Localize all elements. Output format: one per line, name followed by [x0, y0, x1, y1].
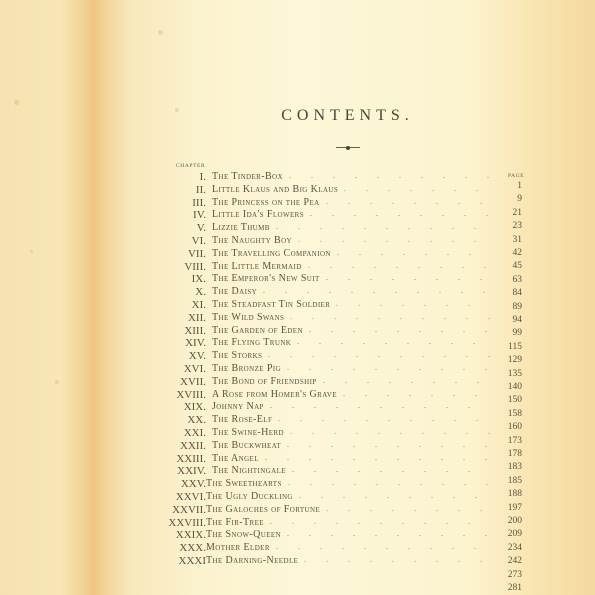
page-number: 281: [470, 583, 522, 593]
chapter-title: The Travelling Companion: [212, 248, 331, 259]
dot-leader: . . . . . . . . . . .: [288, 478, 490, 487]
chapter-title: The Galoches of Fortune: [206, 504, 320, 515]
page-number: 63: [470, 275, 522, 285]
dot-leader: . . . . . . . . . . .: [308, 261, 490, 270]
page-number: 234: [470, 543, 522, 553]
dot-leader: . . . . . . . . . . .: [290, 312, 490, 321]
page-number: 273: [470, 570, 522, 580]
dot-leader: . . . . . . . . . . .: [287, 363, 490, 372]
dot-leader: . . . . . . . . . . .: [276, 542, 490, 551]
chapter-number: XXVIII.: [146, 517, 206, 529]
chapter-title: The Buckwheat: [212, 440, 281, 451]
chapter-number: XIX.: [146, 401, 206, 413]
chapter-title: The Princess on the Pea: [212, 197, 320, 208]
foxing-spot: [158, 30, 163, 35]
chapter-number: I.: [146, 171, 206, 183]
dot-leader: . . . . . . . . . . .: [287, 440, 490, 449]
chapter-title: The Bond of Friendship: [212, 376, 317, 387]
chapter-number: XXIX.: [146, 529, 206, 541]
page-number: 160: [470, 422, 522, 432]
chapter-number: XXX.: [146, 542, 206, 554]
chapter-title: The Ugly Duckling: [206, 491, 293, 502]
chapter-number: XVI.: [146, 363, 206, 375]
chapter-number: XXVI.: [146, 491, 206, 503]
chapter-title: The Emperor's New Suit: [212, 273, 320, 284]
dot-leader: . . . . . . . . . . .: [309, 325, 490, 334]
chapter-number: XIV.: [146, 337, 206, 349]
chapter-number: XVIII.: [146, 389, 206, 401]
page-number: 209: [470, 529, 522, 539]
dot-leader: . . . . . . . . . . .: [270, 401, 490, 410]
chapter-title: The Storks: [212, 350, 262, 361]
page-number: 89: [470, 302, 522, 312]
dot-leader: . . . . . . . . . . .: [290, 427, 490, 436]
chapter-number: II.: [146, 184, 206, 196]
chapter-number: IV.: [146, 209, 206, 221]
page-number: 21: [470, 208, 522, 218]
chapter-number: XII.: [146, 312, 206, 324]
dot-leader: . . . . . . . . . . .: [287, 529, 490, 538]
chapter-title: The Daisy: [212, 286, 257, 297]
dot-leader: . . . . . . . . . . .: [292, 465, 490, 474]
chapter-title: The Snow-Queen: [206, 529, 281, 540]
page-number: 1: [470, 181, 522, 191]
chapter-title: The Rose-Elf: [212, 414, 272, 425]
dot-leader: . . . . . . . . . . .: [265, 453, 490, 462]
page-number: 188: [470, 489, 522, 499]
page-number: 31: [470, 235, 522, 245]
chapter-number: XXI.: [146, 427, 206, 439]
chapter-title: The Tinder-Box: [212, 171, 283, 182]
chapter-title: The Garden of Eden: [212, 325, 303, 336]
dot-leader: . . . . . . . . . . .: [326, 197, 490, 206]
dot-leader: . . . . . . . . . . .: [298, 235, 490, 244]
chapter-number: VI.: [146, 235, 206, 247]
dot-leader: . . . . . . . . . . .: [270, 517, 490, 526]
chapter-number: XXIV.: [146, 465, 206, 477]
page-number: 197: [470, 503, 522, 513]
dot-leader: . . . . . . . . . . .: [289, 171, 490, 180]
dot-leader: . . . . . . . . . . .: [326, 273, 490, 282]
chapter-title: The Naughty Boy: [212, 235, 292, 246]
chapter-title: A Rose from Homer's Grave: [212, 389, 337, 400]
dot-leader: . . . . . . . . . . .: [343, 389, 490, 398]
page-number: 42: [470, 248, 522, 258]
chapter-title: The Little Mermaid: [212, 261, 302, 272]
dot-leader: . . . . . . . . . . .: [299, 491, 490, 500]
dot-leader: . . . . . . . . . . .: [297, 337, 490, 346]
dot-leader: . . . . . . . . . . .: [268, 350, 490, 359]
chapter-number: X.: [146, 286, 206, 298]
page-number: 158: [470, 409, 522, 419]
page-number: 84: [470, 288, 522, 298]
page-number: 94: [470, 315, 522, 325]
chapter-title: The Darning-Needle: [206, 555, 298, 566]
chapter-number: XXIII.: [146, 453, 206, 465]
chapter-title: The Sweethearts: [206, 478, 282, 489]
chapter-number: XX.: [146, 414, 206, 426]
chapter-title: The Wild Swans: [212, 312, 284, 323]
chapter-title: Mother Elder: [206, 542, 270, 553]
chapter-number: XXXI: [146, 555, 206, 567]
dot-leader: . . . . . . . . . . .: [263, 286, 490, 295]
chapter-number: XXVII.: [146, 504, 206, 516]
chapter-title: The Nightingale: [212, 465, 286, 476]
dot-leader: . . . . . . . . . . .: [344, 184, 490, 193]
chapter-number: IX.: [146, 273, 206, 285]
page-number: 135: [470, 369, 522, 379]
chapter-number: XXII.: [146, 440, 206, 452]
page-number: 129: [470, 355, 522, 365]
dot-leader: . . . . . . . . . . .: [323, 376, 490, 385]
page-number: 45: [470, 261, 522, 271]
chapter-number: XVII.: [146, 376, 206, 388]
chapter-number: V.: [146, 222, 206, 234]
page-number: 178: [470, 449, 522, 459]
page-number: 185: [470, 476, 522, 486]
dot-leader: . . . . . . . . . . .: [336, 299, 490, 308]
chapter-title: The Steadfast Tin Soldier: [212, 299, 330, 310]
chapter-number: VIII.: [146, 261, 206, 273]
chapter-number: VII.: [146, 248, 206, 260]
chapter-title: Little Ida's Flowers: [212, 209, 304, 220]
dot-leader: . . . . . . . . . . .: [326, 504, 490, 513]
chapter-number: XIII.: [146, 325, 206, 337]
chapter-title: Johnny Nap: [212, 401, 264, 412]
chapter-title: The Swine-Herd: [212, 427, 284, 438]
page-number: 173: [470, 436, 522, 446]
page-number: 140: [470, 382, 522, 392]
chapter-number: XI.: [146, 299, 206, 311]
page-title: CONTENTS.: [0, 107, 595, 125]
dot-leader: . . . . . . . . . . .: [278, 414, 490, 423]
page-number: 99: [470, 328, 522, 338]
chapter-title: Lizzie Thumb: [212, 222, 270, 233]
dot-leader: . . . . . . . . . . .: [276, 222, 490, 231]
page-number: 115: [470, 342, 522, 352]
dot-leader: . . . . . . . . . . .: [337, 248, 490, 257]
foxing-spot: [14, 100, 19, 105]
chapter-number: XV.: [146, 350, 206, 362]
page-number: 183: [470, 462, 522, 472]
chapter-title: The Angel: [212, 453, 259, 464]
page-number: 9: [470, 194, 522, 204]
page-number: 242: [470, 556, 522, 566]
chapter-title: The Fir-Tree: [206, 517, 264, 528]
ornament-divider: [336, 147, 360, 148]
chapter-title: Little Klaus and Big Klaus: [212, 184, 338, 195]
chapter-title: The Flying Trunk: [212, 337, 291, 348]
chapter-number: XXV.: [146, 478, 206, 490]
page-number: 150: [470, 395, 522, 405]
page-number: 23: [470, 221, 522, 231]
chapter-column-label: CHAPTER: [176, 163, 205, 169]
dot-leader: . . . . . . . . . . .: [304, 555, 490, 564]
page-number: 200: [470, 516, 522, 526]
dot-leader: . . . . . . . . . . .: [310, 209, 490, 218]
chapter-title: The Bronze Pig: [212, 363, 281, 374]
chapter-number: III.: [146, 197, 206, 209]
